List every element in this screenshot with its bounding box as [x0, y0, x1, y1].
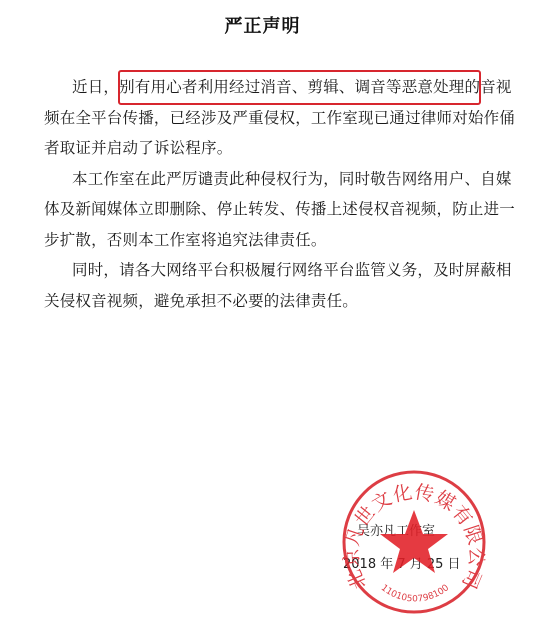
- company-seal-stamp: 北京凡世文化传媒有限公司 1101050798100: [340, 468, 488, 616]
- highlight-annotation-box: [118, 70, 481, 105]
- paragraph-2-line-2: 体及新闻媒体立即删除、停止转发、传播上述侵权音视频，防止进一: [44, 194, 484, 225]
- paragraph-2-line-3: 步扩散，否则本工作室将追究法律责任。: [44, 225, 484, 256]
- seal-number-text: 1101050798100: [379, 583, 452, 604]
- paragraph-3-line-1: 同时，请各大网络平台积极履行网络平台监管义务，及时屏蔽相: [44, 255, 484, 286]
- paragraph-3-line-2: 关侵权音视频，避免承担不必要的法律责任。: [44, 286, 484, 317]
- document-title: 严正声明: [0, 12, 525, 38]
- paragraph-1-line-2: 频在全平台传播，已经涉及严重侵权，工作室现已通过律师对始作俑: [44, 103, 484, 134]
- paragraph-2-line-1: 本工作室在此严厉谴责此种侵权行为，同时敬告网络用户、自媒: [44, 164, 484, 195]
- star-icon: [380, 510, 448, 573]
- statement-body: 近日，别有用心者利用经过消音、剪辑、调音等恶意处理的音视 频在全平台传播，已经涉…: [44, 72, 484, 316]
- paragraph-1-line-3: 者取证并启动了诉讼程序。: [44, 133, 484, 164]
